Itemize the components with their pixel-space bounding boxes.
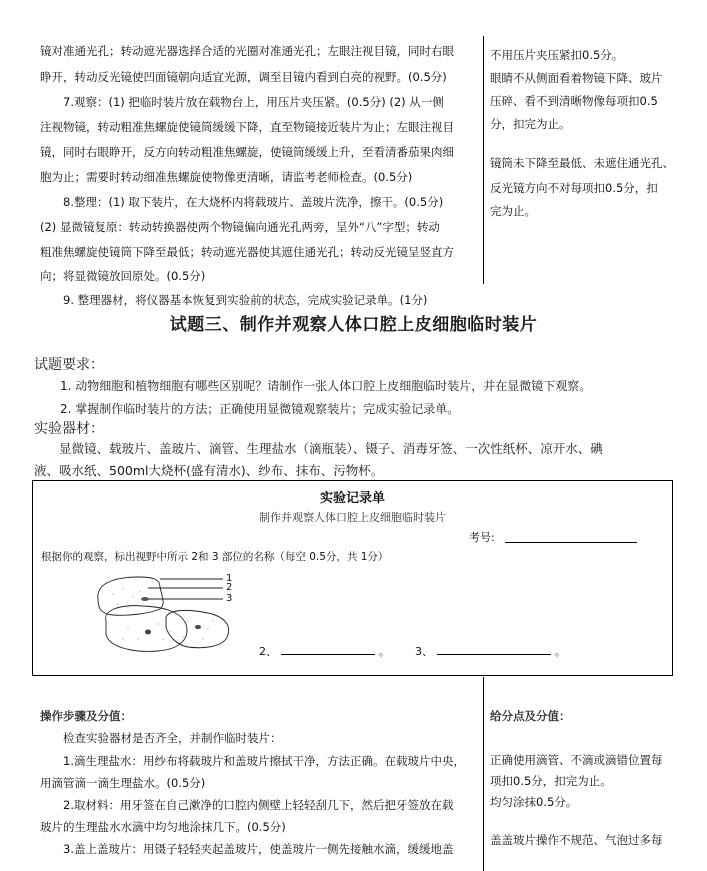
procedure-line: 检查实验器材是否齐全，并制作临时装片：: [40, 727, 282, 749]
scoring-line: 反光镜方向不对每项扣0.5分，扣: [490, 177, 658, 199]
scoring-line: 项扣0.5分，扣完为止。: [490, 770, 612, 792]
record-instruction: 根据你的观察，标出视野中所示 2和 3 部位的名称（每空 0.5分，共 1分）: [41, 549, 388, 564]
procedure-line: 玻片的生理盐水水滴中均匀地涂抹几下。(0.5分): [40, 816, 286, 838]
scoring-line: 压碎、看不到清晰物像每项扣0.5: [490, 90, 658, 112]
text-line: 睁开，转动反光镜使凹面镜朝向适宜光源，调至目镜内看到白亮的视野。(0.5分): [40, 66, 447, 88]
requirement-item: 2. 掌握制作临时装片的方法；正确使用显微镜观察装片；完成实验记录单。: [60, 400, 459, 417]
text-line: 9. 整理器材，将仪器基本恢复到实验前的状态，完成实验记录单。(1分): [40, 289, 427, 311]
answer-row: 2、。 3、。: [259, 643, 566, 659]
blank-3-label: 3、: [415, 645, 433, 658]
figure-label-2: 2: [226, 582, 232, 593]
page-title: 试题三、制作并观察人体口腔上皮细胞临时装片: [0, 310, 707, 335]
cheek-cell-figure: [88, 569, 238, 659]
requirement-item: 1. 动物细胞和植物细胞有哪些区别呢？请制作一张人体口腔上皮细胞临时装片，并在显…: [60, 377, 591, 394]
requirements-heading: 试题要求：: [34, 354, 104, 374]
materials-heading: 实验器材：: [34, 418, 104, 438]
record-sheet-title: 实验记录单: [33, 487, 672, 506]
column-divider: [483, 677, 484, 871]
answer-blank-2[interactable]: [281, 644, 375, 655]
scoring-line: 完为止。: [490, 200, 536, 222]
text-line: (2) 显微镜复原：转动转换器使两个物镜偏向通光孔两旁，呈外“八”字型；转动: [40, 216, 440, 238]
text-line: 注视物镜，转动粗准焦螺旋使镜筒缓缓下降，直至物镜接近装片为止；左眼注视目: [40, 116, 454, 138]
blank-2-label: 2、: [259, 645, 277, 658]
procedure-line: 用滴管滴一滴生理盐水。(0.5分): [40, 772, 205, 794]
scoring-heading: 给分点及分值：: [490, 705, 571, 727]
text-line: 胞为止；需要时转动细准焦螺旋使物像更清晰，请监考老师检查。(0.5分): [40, 166, 412, 188]
scoring-line: 镜筒未下降至最低、未遮住通光孔、: [490, 152, 674, 174]
procedure-line: 3.盖上盖玻片：用镊子轻轻夹起盖玻片，使盖玻片一侧先接触水滴，缓缓地盖: [40, 838, 453, 860]
scoring-line: 均匀涂抹0.5分。: [490, 791, 577, 813]
scoring-line: 眼睛不从侧面看着物镜下降、玻片: [490, 67, 663, 89]
scoring-line: 盖盖玻片操作不规范、气泡过多每: [490, 829, 663, 851]
record-sheet-subtitle: 制作并观察人体口腔上皮细胞临时装片: [33, 509, 672, 525]
scoring-line: 正确使用滴管、不滴或滴错位置每: [490, 749, 663, 771]
scoring-line: 不用压片夹压紧扣0.5分。: [490, 44, 623, 66]
text-line: 镜，同时右眼睁开，反方向转动粗准焦螺旋，使镜筒缓缓上升，至看清番茄果肉细: [40, 141, 454, 163]
record-sheet: 实验记录单 制作并观察人体口腔上皮细胞临时装片 考号: 根据你的观察，标出视野中…: [32, 480, 673, 676]
materials-line: 显微镜、载玻片、盖玻片、滴管、生理盐水（滴瓶装）、镊子、消毒牙签、一次性纸杯、凉…: [34, 439, 603, 457]
procedure-line: 1.滴生理盐水：用纱布将载玻片和盖玻片擦拭干净，方法正确。在载玻片中央，: [40, 750, 465, 772]
column-divider: [483, 36, 484, 284]
text-line: 8.整理：(1) 取下装片，在大烧杯内将载玻片、盖玻片洗净，擦干。(0.5分): [40, 191, 443, 213]
blank-3-end: 。: [555, 645, 566, 658]
blank-2-end: 。: [379, 645, 390, 658]
answer-blank-3[interactable]: [437, 644, 551, 655]
scoring-line: 分，扣完为止。: [490, 113, 571, 135]
text-line: 向；将显微镜放回原处。(0.5分): [40, 265, 205, 287]
text-line: 7.观察：(1) 把临时装片放在载物台上，用压片夹压紧。(0.5分) (2) 从…: [40, 91, 444, 113]
exam-number-label: 考号:: [469, 529, 495, 545]
materials-line: 液、吸水纸、500ml大烧杯(盛有清水)、纱布、抹布、污物杯。: [34, 461, 383, 479]
figure-label-3: 3: [226, 593, 232, 604]
text-line: 粗准焦螺旋使镜筒下降至最低；转动遮光器使其遮住通光孔；转动反光镜呈竖直方: [40, 241, 454, 263]
procedure-line: 2.取材料：用牙签在自己漱净的口腔内侧壁上轻轻刮几下，然后把牙签放在载: [40, 794, 453, 816]
text-line: 镜对准通光孔；转动遮光器选择合适的光圈对准通光孔；左眼注视目镜，同时右眼: [40, 40, 454, 62]
exam-number-field[interactable]: [505, 542, 637, 543]
procedure-heading: 操作步骤及分值：: [40, 705, 132, 727]
